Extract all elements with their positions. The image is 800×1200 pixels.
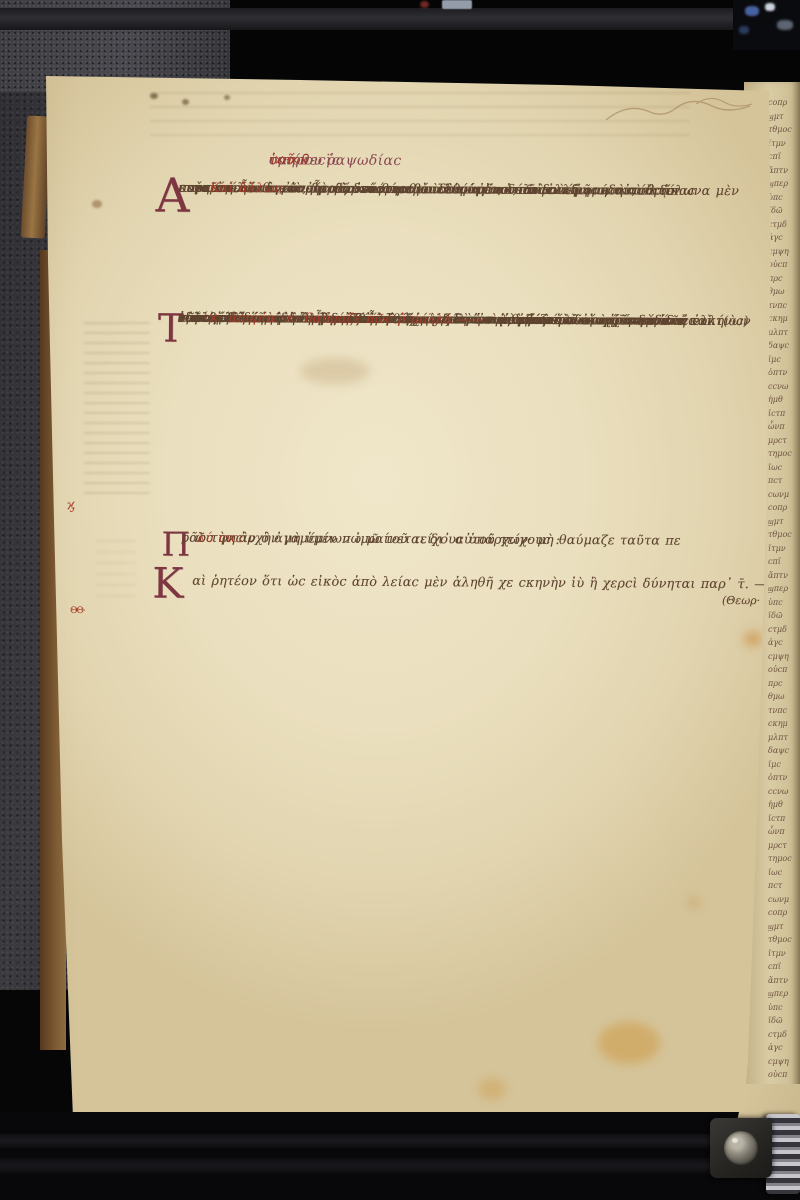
scanner-rail-top: [0, 8, 800, 30]
edge-text-fragment: θμω: [768, 690, 800, 704]
hardware-glint-dark: [739, 26, 749, 34]
edge-text-fragment: ϲπϊ: [768, 555, 800, 569]
edge-text-fragment: ὑπϲ: [768, 596, 800, 610]
edge-text-fragment: ὁπτν: [768, 366, 800, 380]
edge-text-fragment: ϲκημ: [768, 717, 800, 731]
hardware-glint-steel: [777, 20, 793, 30]
edge-text-fragment: ϣμτ: [768, 920, 800, 934]
edge-text-fragment: ϊμϲ: [768, 758, 800, 772]
edge-text-fragment: ϊδῶ: [768, 204, 800, 218]
edge-text-fragment: ϲωνμ: [768, 893, 800, 907]
edge-text-fragment: τημοϲ: [768, 852, 800, 866]
edge-text-fragment: ϲτμδ: [768, 218, 800, 232]
edge-text-fragment: πϲτ: [768, 474, 800, 488]
edge-text-fragment: ἅπτν: [768, 569, 800, 583]
edge-text-fragment: τθμοϲ: [768, 123, 800, 137]
edge-text-fragment: ϣμτ: [768, 515, 800, 529]
scanner-rail-bottom-2: [0, 1158, 800, 1174]
hardware-glint-blue: [745, 6, 759, 16]
edge-text-fragment: ϊδῶ: [768, 1014, 800, 1028]
edge-text-fragment: θμω: [768, 285, 800, 299]
theta-reference-note: (Θεωρ·: [610, 593, 760, 607]
edge-text-fragment: ϲοπρ: [768, 906, 800, 920]
edge-text-fragment: ϲϲνω: [768, 380, 800, 394]
edge-text-fragment: πρϲ: [768, 677, 800, 691]
photographed-manuscript: ϲοπρϣμττθμοϲϊτμνϲπϊἅπτνϣπερὑπϲϊδῶϲτμδἀγϲ…: [0, 0, 800, 1200]
manuscript-page: ·×· ὑ πόθεϲϊϲ τοῦ κ̄ · ὁμήρου ῥαψωδίαϲ ·…: [0, 0, 800, 1200]
edge-text-fragment: ϲτμδ: [768, 623, 800, 637]
edge-text-fragment: οὐϲπ: [768, 663, 800, 677]
edge-text-fragment: ϲκημ: [768, 312, 800, 326]
hardware-glint-white: [765, 3, 775, 11]
edge-text-fragment: τθμοϲ: [768, 528, 800, 542]
rubric-text: ·×· ἀπορία ·×· θαύμαζε πῶϲ ῥ̄ πολλά ——: [178, 308, 484, 332]
rubric-text: ·×·: [269, 149, 306, 171]
edge-text-fragment: πϲτ: [768, 879, 800, 893]
background-bottom: [0, 1112, 800, 1200]
edge-text-fragment: ϣπερ: [768, 177, 800, 191]
edge-text-fragment: πρϲ: [768, 272, 800, 286]
edge-text-fragment: ὧνπ: [768, 825, 800, 839]
edge-text-fragment: τημοϲ: [768, 447, 800, 461]
edge-text-fragment: ϊϲτπ: [768, 407, 800, 421]
edge-text-fragment: ϲμψη: [768, 245, 800, 259]
edge-text-fragment: μλπτ: [768, 326, 800, 340]
edge-text-fragment: ἀγϲ: [768, 231, 800, 245]
edge-text-fragment: ϊωϲ: [768, 866, 800, 880]
top-right-hardware: [733, 0, 800, 50]
edge-text-fragment: ϲπϊ: [768, 960, 800, 974]
edge-text-fragment: ϊτμν: [768, 137, 800, 151]
edge-text-fragment: ϣμτ: [768, 110, 800, 124]
manuscript-line: αὶ ῥητέον ὅτι ὡϲ εἰκὸϲ ἀπὸ λείαϲ μὲν ἀλη…: [178, 571, 192, 593]
rail-glint: [442, 0, 472, 9]
edge-text-fragment: ἀγϲ: [768, 1041, 800, 1055]
edge-text-fragment: ἀγϲ: [768, 636, 800, 650]
edge-text-fragment: ϊμϲ: [768, 353, 800, 367]
hypothesis-title: ·×· ὑ πόθεϲϊϲ τοῦ κ̄ · ὁμήρου ῥαψωδίαϲ ·…: [269, 149, 739, 152]
edge-text-fragment: ϣπερ: [768, 582, 800, 596]
screw-glint: [732, 1138, 738, 1143]
edge-text-fragment: ϲμψη: [768, 1055, 800, 1069]
ink-text: αὶ ῥητέον ὅτι ὡϲ εἰκὸϲ ἀπὸ λείαϲ μὲν ἀλη…: [192, 571, 767, 597]
edge-text-fragment: ἅπτν: [768, 974, 800, 988]
aporia-paragraph: ῶϲ φηϲὶν ὁ ἀγαμέμνων ἱμῶ τοῦ τείχουϲ ὑπά…: [181, 528, 776, 578]
hypothesis-paragraph-1: γαμέμνων ἀγρυπνήϲαϲ, ἀνίϲτηϲι τοὺϲ ἀρίϲτ…: [178, 178, 777, 316]
edge-text-fragment: ϊδῶ: [768, 609, 800, 623]
edge-text-fragment: ἡμθ: [768, 798, 800, 812]
edge-text-fragment: μρϲτ: [768, 434, 800, 448]
edge-text-fragment: ϲτμδ: [768, 1028, 800, 1042]
edge-text-fragment: ϲμψη: [768, 650, 800, 664]
scanner-clamp: [710, 1118, 772, 1178]
next-page-text-column: ϲοπρϣμττθμοϲϊτμνϲπϊἅπτνϣπερὑπϲϊδῶϲτμδἀγϲ…: [768, 96, 800, 1136]
edge-text-fragment: ὁπτν: [768, 771, 800, 785]
scanner-rail-bottom-1: [0, 1134, 800, 1148]
hypothesis-paragraph-2: ῶν ἄλλων πάντων μετὰ θήκην ἐχομένων ὕπνῳ…: [177, 308, 778, 534]
edge-text-fragment: ὧνπ: [768, 420, 800, 434]
edge-text-fragment: ϊϲτπ: [768, 812, 800, 826]
edge-text-fragment: οὐϲπ: [768, 258, 800, 272]
edge-text-fragment: ϲωνμ: [768, 488, 800, 502]
manuscript-text-layer: ·×· ὑ πόθεϲϊϲ τοῦ κ̄ · ὁμήρου ῥαψωδίαϲ ·…: [0, 0, 800, 1200]
edge-text-fragment: ὑπϲ: [768, 1001, 800, 1015]
edge-text-fragment: ὑπϲ: [768, 191, 800, 205]
edge-text-fragment: μρϲτ: [768, 839, 800, 853]
scholia-marker: ΘΘ·: [70, 606, 85, 616]
edge-text-fragment: δαψϲ: [768, 744, 800, 758]
edge-text-fragment: ϊτμν: [768, 542, 800, 556]
edge-text-fragment: ἡμθ: [768, 393, 800, 407]
edge-text-fragment: ϊτμν: [768, 947, 800, 961]
edge-text-fragment: τθμοϲ: [768, 933, 800, 947]
edge-text-fragment: ϲοπρ: [768, 96, 800, 110]
edge-text-fragment: ϣπερ: [768, 987, 800, 1001]
edge-text-fragment: τνπϲ: [768, 299, 800, 313]
margin-ornament: ϗ: [65, 497, 76, 513]
edge-text-fragment: ϲπϊ: [768, 150, 800, 164]
edge-text-fragment: ϊωϲ: [768, 461, 800, 475]
edge-text-fragment: ϲοπρ: [768, 501, 800, 515]
edge-text-fragment: δαψϲ: [768, 339, 800, 353]
rail-red-dot: [420, 1, 429, 8]
rubric-text: Καὶ ἄλλωϲ: [179, 178, 283, 201]
edge-text-fragment: οὐϲπ: [768, 1068, 800, 1082]
edge-text-fragment: μλπτ: [768, 731, 800, 745]
edge-text-fragment: ἅπτν: [768, 164, 800, 178]
edge-text-fragment: τνπϲ: [768, 704, 800, 718]
clamp-screw: [724, 1131, 758, 1165]
rubric-text: παννύχιοι:: [92, 604, 149, 608]
edge-text-fragment: ϲϲνω: [768, 785, 800, 799]
rubric-text: λύ ϲιϲ:: [181, 528, 242, 550]
